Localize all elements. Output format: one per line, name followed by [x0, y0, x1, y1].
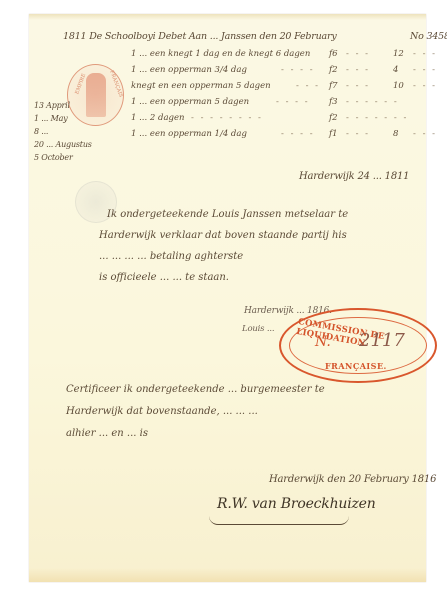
dash-leader: - - - - - - - - [191, 113, 263, 123]
item-description: 1 ... een opperman 1/4 dag [131, 129, 247, 139]
liquidation-commission-stamp: COMMISSION DE LIQUIDATION N. 2117 FRANÇA… [279, 308, 437, 383]
item-guilders: f6 [329, 49, 338, 59]
dash-leader: - - - [413, 129, 437, 139]
side-notes: 13 Appril 1 ... May 8 ... 20 ... Augustu… [34, 99, 92, 164]
side-note: 13 Appril [34, 99, 92, 112]
item-description: 1 ... een knegt 1 dag en de knegt 6 dage… [131, 49, 310, 59]
stamp-bottom-text: FRANÇAISE. [325, 361, 387, 371]
dash-leader: - - - - - - [346, 97, 399, 107]
item-guilders: f2 [329, 113, 338, 123]
item-stuivers: 4 [393, 65, 398, 75]
dash-leader: - - - [413, 49, 437, 59]
declaration-line: Ik ondergeteekende Louis Janssen metsela… [107, 209, 348, 220]
declaration-line: is officieele ... ... te staan. [99, 272, 229, 283]
stamp-signature-line: Louis ... [242, 324, 274, 334]
item-guilders: f3 [329, 97, 338, 107]
paper-edge-top [29, 14, 426, 20]
item-guilders: f1 [329, 129, 338, 139]
paper-edge-bottom [29, 568, 426, 582]
dash-leader: - - - [346, 49, 370, 59]
certification-line: alhier ... en ... is [66, 428, 148, 439]
header-line: 1811 De Schoolboyi Debet Aan ... Janssen… [63, 31, 337, 42]
dash-leader: - - - [346, 129, 370, 139]
dash-leader: - - - - - - - [346, 113, 408, 123]
document-page: 1811 De Schoolboyi Debet Aan ... Janssen… [29, 14, 426, 582]
dash-leader: - - - - [276, 97, 310, 107]
side-note: 1 ... May [34, 112, 92, 125]
seal-text-right: FRANÇAIS [108, 70, 123, 98]
item-guilders: f2 [329, 65, 338, 75]
side-note: 20 ... Augustus [34, 138, 92, 151]
dash-leader: - - - [413, 65, 437, 75]
dash-leader: - - - [346, 81, 370, 91]
side-note: 5 October [34, 151, 92, 164]
dash-leader: - - - [346, 65, 370, 75]
place-date: Harderwijk 24 ... 1811 [299, 171, 409, 182]
item-description: 1 ... een opperman 5 dagen [131, 97, 249, 107]
item-stuivers: 8 [393, 129, 398, 139]
certification-line: Certificeer ik ondergeteekende ... burge… [66, 384, 325, 395]
dash-leader: - - - - [281, 65, 315, 75]
stamp-number: 2117 [359, 330, 405, 351]
closing-place-date: Harderwijk den 20 February 1816 [269, 474, 436, 485]
signature: R.W. van Broeckhuizen [217, 496, 376, 512]
item-guilders: f7 [329, 81, 338, 91]
stamp-number-prefix: N. [315, 334, 331, 350]
dash-leader: - - - [413, 81, 437, 91]
item-description: knegt en een opperman 5 dagen [131, 81, 271, 91]
signature-flourish [209, 516, 349, 525]
item-stuivers: 12 [393, 49, 404, 59]
dash-leader: - - - [296, 81, 320, 91]
item-stuivers: 10 [393, 81, 404, 91]
reference-number: No 3458 [410, 31, 447, 42]
dash-leader: - - - - [281, 129, 315, 139]
item-description: 1 ... 2 dagen [131, 113, 184, 123]
declaration-line: ... ... ... ... betaling aghterste [99, 251, 243, 262]
certification-line: Harderwijk dat bovenstaande, ... ... ... [66, 406, 258, 417]
item-description: 1 ... een opperman 3/4 dag [131, 65, 247, 75]
declaration-line: Harderwijk verklaar dat boven staande pa… [99, 230, 347, 241]
side-note: 8 ... [34, 125, 92, 138]
